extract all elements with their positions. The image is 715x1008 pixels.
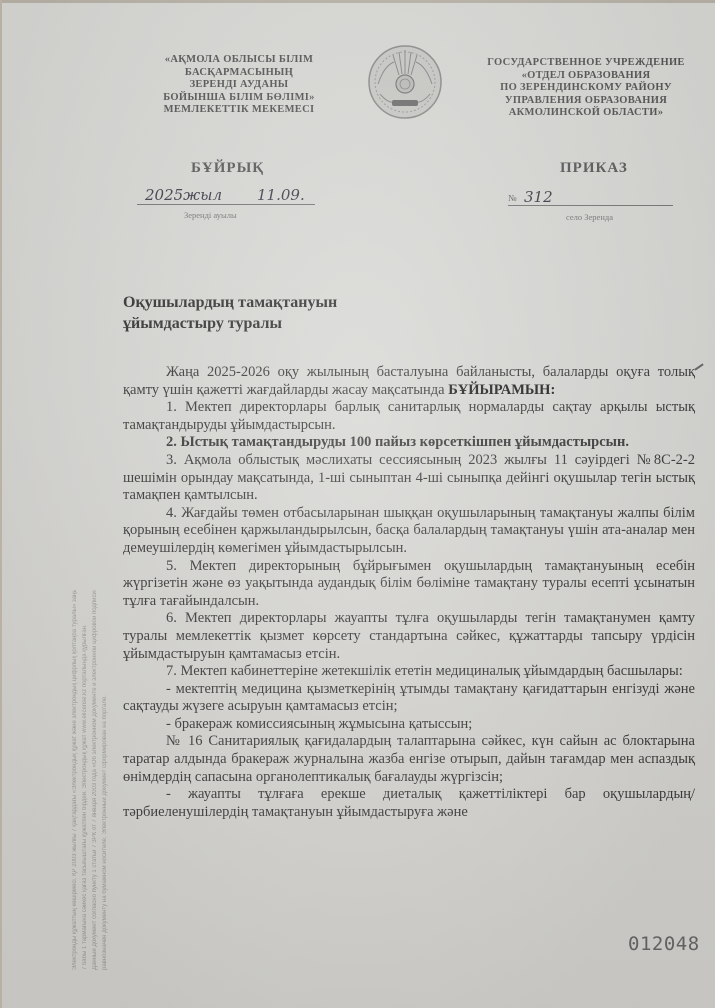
order-subitem: № 16 Санитариялық қағидалардың талаптары… — [123, 733, 695, 786]
intro-paragraph: Жаңа 2025-2026 оқу жылының басталуына ба… — [123, 364, 695, 399]
stamp-line: Данный документ согласно пункту 1 статьи… — [92, 590, 101, 970]
header-ru-organization: ГОСУДАРСТВЕННОЕ УЧРЕЖДЕНИЕ «ОТДЕЛ ОБРАЗО… — [470, 57, 702, 120]
electronic-copy-stamp: Электронды құжаттың көшірмесі. ҚР 2003 ж… — [72, 590, 126, 970]
place-kz: Зеренді ауылы — [184, 210, 237, 220]
header-kz-organization: «АҚМОЛА ОБЛЫСЫ БІЛІМ БАСҚАРМАСЫНЫҢ ЗЕРЕН… — [138, 54, 340, 117]
handwritten-date-day: 11.09. — [257, 186, 305, 204]
order-word: БҰЙЫРАМЫН: — [448, 382, 555, 398]
header-kz-line: БОЙЫНША БІЛІМ БӨЛІМІ» — [138, 92, 340, 105]
document-title: Оқушылардың тамақтануын ұйымдастыру тура… — [123, 292, 423, 334]
order-subitem: - бракераж комиссиясының жұмысына қатысс… — [123, 716, 695, 734]
pen-mark — [694, 363, 703, 370]
order-item: 3. Ақмола облыстық мәслихаты сессиясының… — [123, 452, 695, 505]
header-ru-line: УПРАВЛЕНИЯ ОБРАЗОВАНИЯ — [470, 95, 702, 108]
order-item: 7. Мектеп кабинеттеріне жетекшілік ететі… — [123, 663, 695, 681]
header-kz-line: ЗЕРЕНДІ АУДАНЫ — [138, 79, 340, 92]
stamp-line: 7 бабы 1 тармағына сәйкес қағаз тасығышт… — [82, 590, 91, 970]
state-emblem-icon — [364, 44, 446, 120]
date-field: 2025жыл 11.09. — [137, 186, 315, 205]
stamp-line: равнозначен документу на бумажном носите… — [102, 590, 111, 970]
handwritten-order-number: 312 — [524, 188, 553, 206]
header-kz-line: МЕМЛЕКЕТТІК МЕКЕМЕСІ — [138, 104, 340, 117]
order-item: 2. Ыстық тамақтандыруды 100 пайыз көрсет… — [123, 434, 695, 452]
document-body: Жаңа 2025-2026 оқу жылының басталуына ба… — [123, 364, 695, 821]
place-ru: село Зеренда — [566, 212, 613, 222]
header-kz-line: БАСҚАРМАСЫНЫҢ — [138, 67, 340, 80]
order-number-field: № 312 — [508, 188, 673, 206]
header-ru-line: «ОТДЕЛ ОБРАЗОВАНИЯ — [470, 70, 702, 83]
order-item: 6. Мектеп директорлары жауапты тұлға оқу… — [123, 610, 695, 663]
paper-top-edge — [0, 0, 715, 3]
number-sign: № — [508, 193, 517, 203]
order-item: 4. Жағдайы төмен отбасыларынан шыққан оқ… — [123, 505, 695, 558]
header-ru-line: ПО ЗЕРЕНДИНСКОМУ РАЙОНУ — [470, 82, 702, 95]
paper-left-edge — [0, 0, 2, 1008]
serial-number: 012048 — [628, 933, 700, 955]
header-ru-line: АКМОЛИНСКОЙ ОБЛАСТИ» — [470, 107, 702, 120]
order-item: 5. Мектеп директорының бұйрығымен оқушыл… — [123, 558, 695, 611]
order-subitem: - мектептің медицина қызметкерінің ұтымд… — [123, 681, 695, 716]
title-line: Оқушылардың тамақтануын — [123, 292, 423, 313]
header-kz-line: «АҚМОЛА ОБЛЫСЫ БІЛІМ — [138, 54, 340, 67]
header-ru-line: ГОСУДАРСТВЕННОЕ УЧРЕЖДЕНИЕ — [470, 57, 702, 70]
handwritten-date-year: 2025жыл — [145, 186, 222, 204]
doc-type-ru: ПРИКАЗ — [560, 160, 628, 177]
doc-type-kz: БҰЙРЫҚ — [191, 160, 264, 177]
order-item: 1. Мектеп директорлары барлық санитарлық… — [123, 399, 695, 434]
title-line: ұйымдастыру туралы — [123, 313, 423, 334]
stamp-line: Электронды құжаттың көшірмесі. ҚР 2003 ж… — [72, 590, 81, 970]
order-subitem: - жауапты тұлғаға ерекше диеталық қажетт… — [123, 786, 695, 821]
